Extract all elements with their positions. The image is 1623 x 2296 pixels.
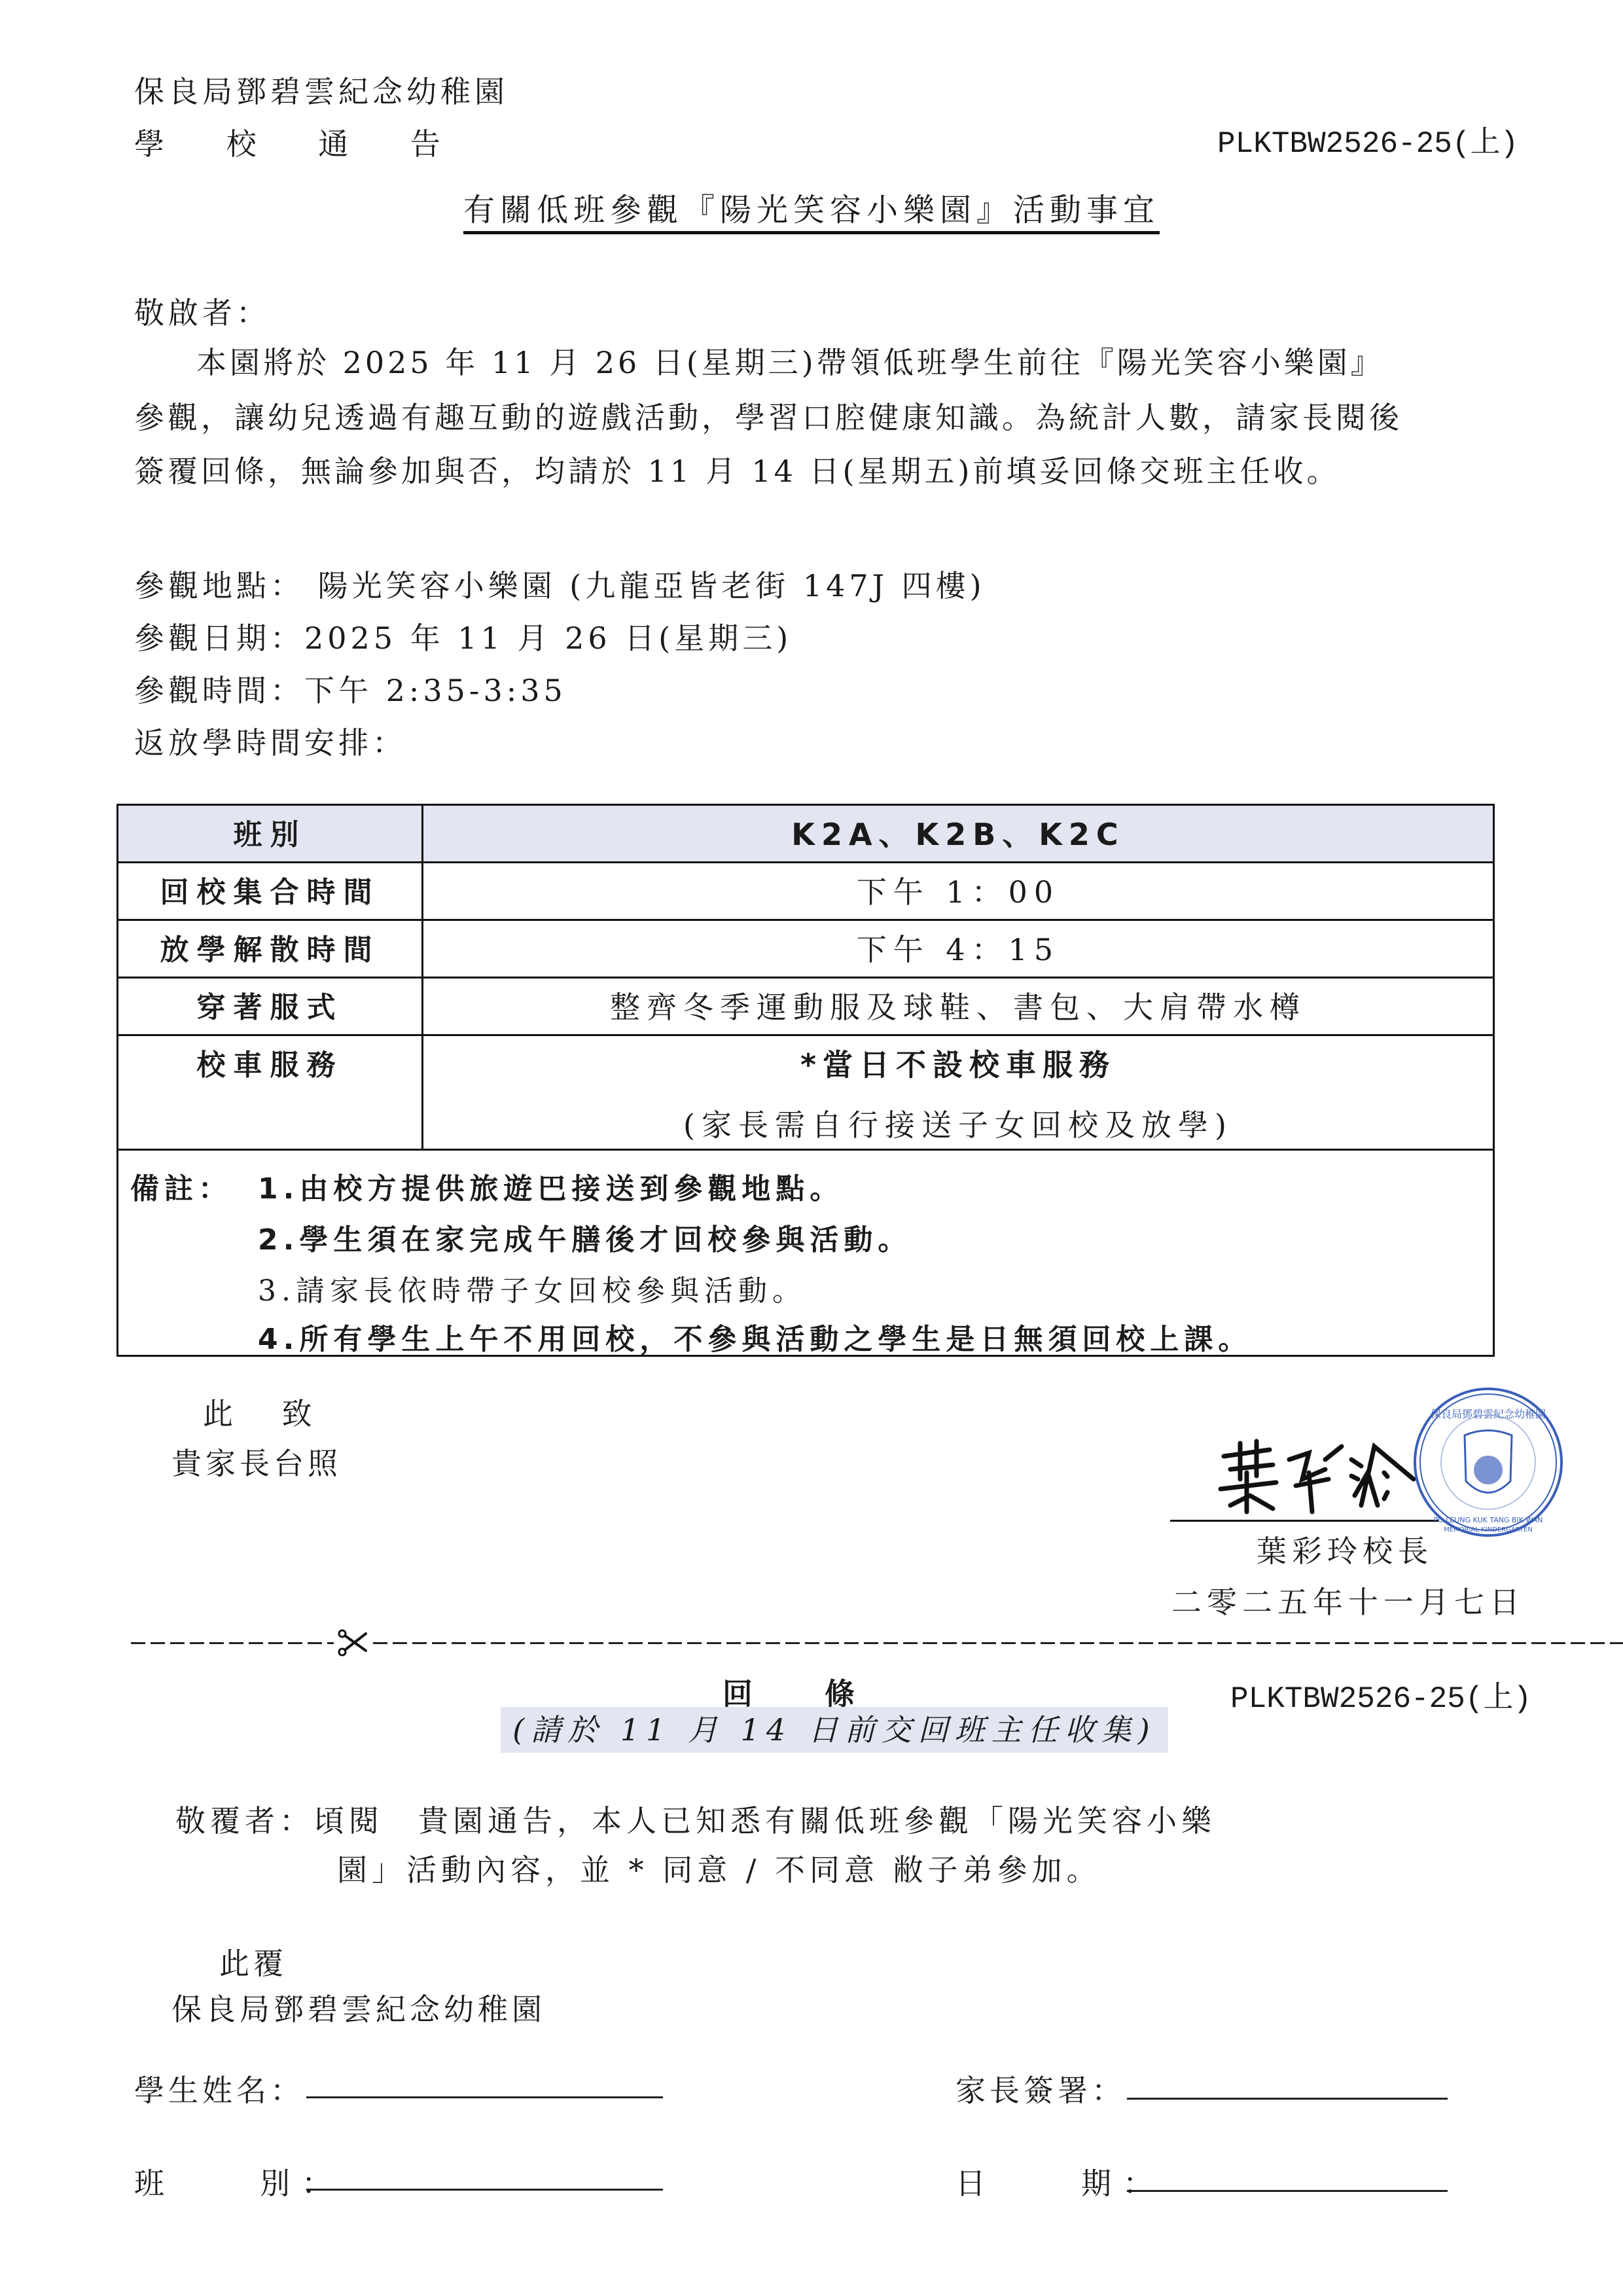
reply-deadline-note: (請於 11 月 14 日前交回班主任收集): [501, 1707, 1168, 1753]
arrangement-label: 返放學時間安排：: [134, 723, 406, 762]
signature-scribble-icon: [1211, 1433, 1427, 1518]
table-value-return-time: 下午 1：00: [857, 869, 1060, 912]
signature-line: [1170, 1520, 1438, 1522]
parent-signature-field[interactable]: [1127, 2098, 1448, 2100]
table-label-return-time: 回校集合時間: [118, 863, 423, 919]
schedule-table: 班別 K2A、K2B、K2C 回校集合時間 下午 1：00 放學解散時間 下午 …: [116, 804, 1495, 1357]
table-value-school-bus-note: (家長需自行接送子女回校及放學): [683, 1102, 1233, 1145]
remark-item: 3.請家長依時帶子女回校參與活動。: [258, 1267, 806, 1309]
reply-reference-number: PLKTBW2526-25(上): [1230, 1679, 1531, 1719]
paragraph-line-1: 本園將於 2025 年 11 月 26 日(星期三)帶領低班學生前往『陽光笑容小…: [196, 343, 1384, 382]
table-label-class: 班別: [118, 806, 423, 861]
reply-closing-1: 此覆: [219, 1944, 287, 1983]
table-value-school-bus: *當日不設校車服務: [800, 1041, 1116, 1085]
table-row: 校車服務 *當日不設校車服務 (家長需自行接送子女回校及放學): [118, 1036, 1493, 1151]
school-name: 保良局鄧碧雲紀念幼稚園: [134, 72, 508, 111]
reference-number: PLKTBW2526-25(上): [1217, 124, 1518, 164]
cut-dash-right: [373, 1642, 1623, 1644]
visit-location: 參觀地點： 陽光笑容小樂園 (九龍亞皆老街 147J 四樓): [134, 566, 986, 605]
table-value-class: K2A、K2B、K2C: [791, 811, 1124, 854]
closing-line-1: 此 致: [203, 1394, 332, 1433]
cut-line: [131, 1636, 1505, 1649]
reply-closing-2: 保良局鄧碧雲紀念幼稚園: [171, 1990, 546, 2029]
remark-item: 2.學生須在家完成午膳後才回校參與活動。: [258, 1216, 912, 1258]
visit-date: 參觀日期：2025 年 11 月 26 日(星期三): [134, 619, 792, 658]
remark-item: 4.所有學生上午不用回校，不參與活動之學生是日無須回校上課。: [258, 1316, 1252, 1357]
table-row: 穿著服式 整齊冬季運動服及球鞋、書包、大肩帶水樽: [118, 978, 1493, 1036]
principal-name: 葉彩玲校長: [1257, 1532, 1433, 1571]
parent-signature-label: 家長簽署：: [955, 2071, 1126, 2110]
table-label-attire: 穿著服式: [118, 978, 423, 1034]
notice-date: 二零二五年十一月七日: [1171, 1583, 1525, 1622]
table-label-school-bus: 校車服務: [118, 1036, 423, 1149]
date-label: 日 期：: [955, 2164, 1165, 2203]
remark-item: 1.由校方提供旅遊巴接送到參觀地點。: [258, 1165, 844, 1207]
paragraph-line-2: 參觀，讓幼兒透過有趣互動的遊戲活動，學習口腔健康知識。為統計人數，請家長閱後: [134, 398, 1402, 437]
table-row: 回校集合時間 下午 1：00: [118, 863, 1493, 921]
remarks-section: 備註： 1.由校方提供旅遊巴接送到參觀地點。 2.學生須在家完成午膳後才回校參與…: [118, 1151, 1493, 1355]
svg-text:PO LEUNG KUK TANG BIK WAN: PO LEUNG KUK TANG BIK WAN: [1433, 1516, 1543, 1524]
page-title: 有關低班參觀『陽光笑容小樂園』活動事宜: [0, 185, 1623, 230]
table-row: 放學解散時間 下午 4：15: [118, 921, 1493, 978]
table-value-dismissal-time: 下午 4：15: [857, 926, 1060, 969]
class-field[interactable]: [306, 2189, 663, 2191]
table-label-dismissal-time: 放學解散時間: [118, 921, 423, 977]
scissors-icon: [337, 1628, 368, 1657]
salutation: 敬啟者：: [134, 293, 270, 332]
reply-text-line-1: 敬覆者：頃閱 貴園通告，本人已知悉有關低班參觀「陽光笑容小樂: [175, 1801, 1216, 1840]
notice-label: 學 校 通 告: [134, 124, 467, 164]
cut-dash-left: [131, 1642, 334, 1644]
reply-text-line-2: 園」活動內容，並 * 同意 / 不同意 敝子弟參加。: [337, 1850, 1101, 1890]
date-field[interactable]: [1127, 2190, 1448, 2192]
visit-time: 參觀時間：下午 2:35-3:35: [134, 671, 567, 710]
school-seal-icon: 保良局鄧碧雲紀念幼稚園 PO LEUNG KUK TANG BIK WAN ME…: [1412, 1386, 1564, 1538]
student-name-label: 學生姓名：: [134, 2071, 304, 2110]
closing-line-2: 貴家長台照: [171, 1444, 342, 1483]
svg-text:保良局鄧碧雲紀念幼稚園: 保良局鄧碧雲紀念幼稚園: [1431, 1408, 1546, 1420]
svg-text:MEMORIAL KINDERGARTEN: MEMORIAL KINDERGARTEN: [1444, 1526, 1533, 1534]
student-name-field[interactable]: [306, 2096, 663, 2098]
table-header-row: 班別 K2A、K2B、K2C: [118, 806, 1493, 863]
remarks-label: 備註：: [130, 1165, 232, 1207]
paragraph-line-3: 簽覆回條，無論參加與否，均請於 11 月 14 日(星期五)前填妥回條交班主任收…: [134, 452, 1340, 491]
class-label: 班 別：: [134, 2164, 344, 2203]
table-value-attire: 整齊冬季運動服及球鞋、書包、大肩帶水樽: [610, 984, 1306, 1027]
page-title-text: 有關低班參觀『陽光笑容小樂園』活動事宜: [463, 192, 1160, 234]
